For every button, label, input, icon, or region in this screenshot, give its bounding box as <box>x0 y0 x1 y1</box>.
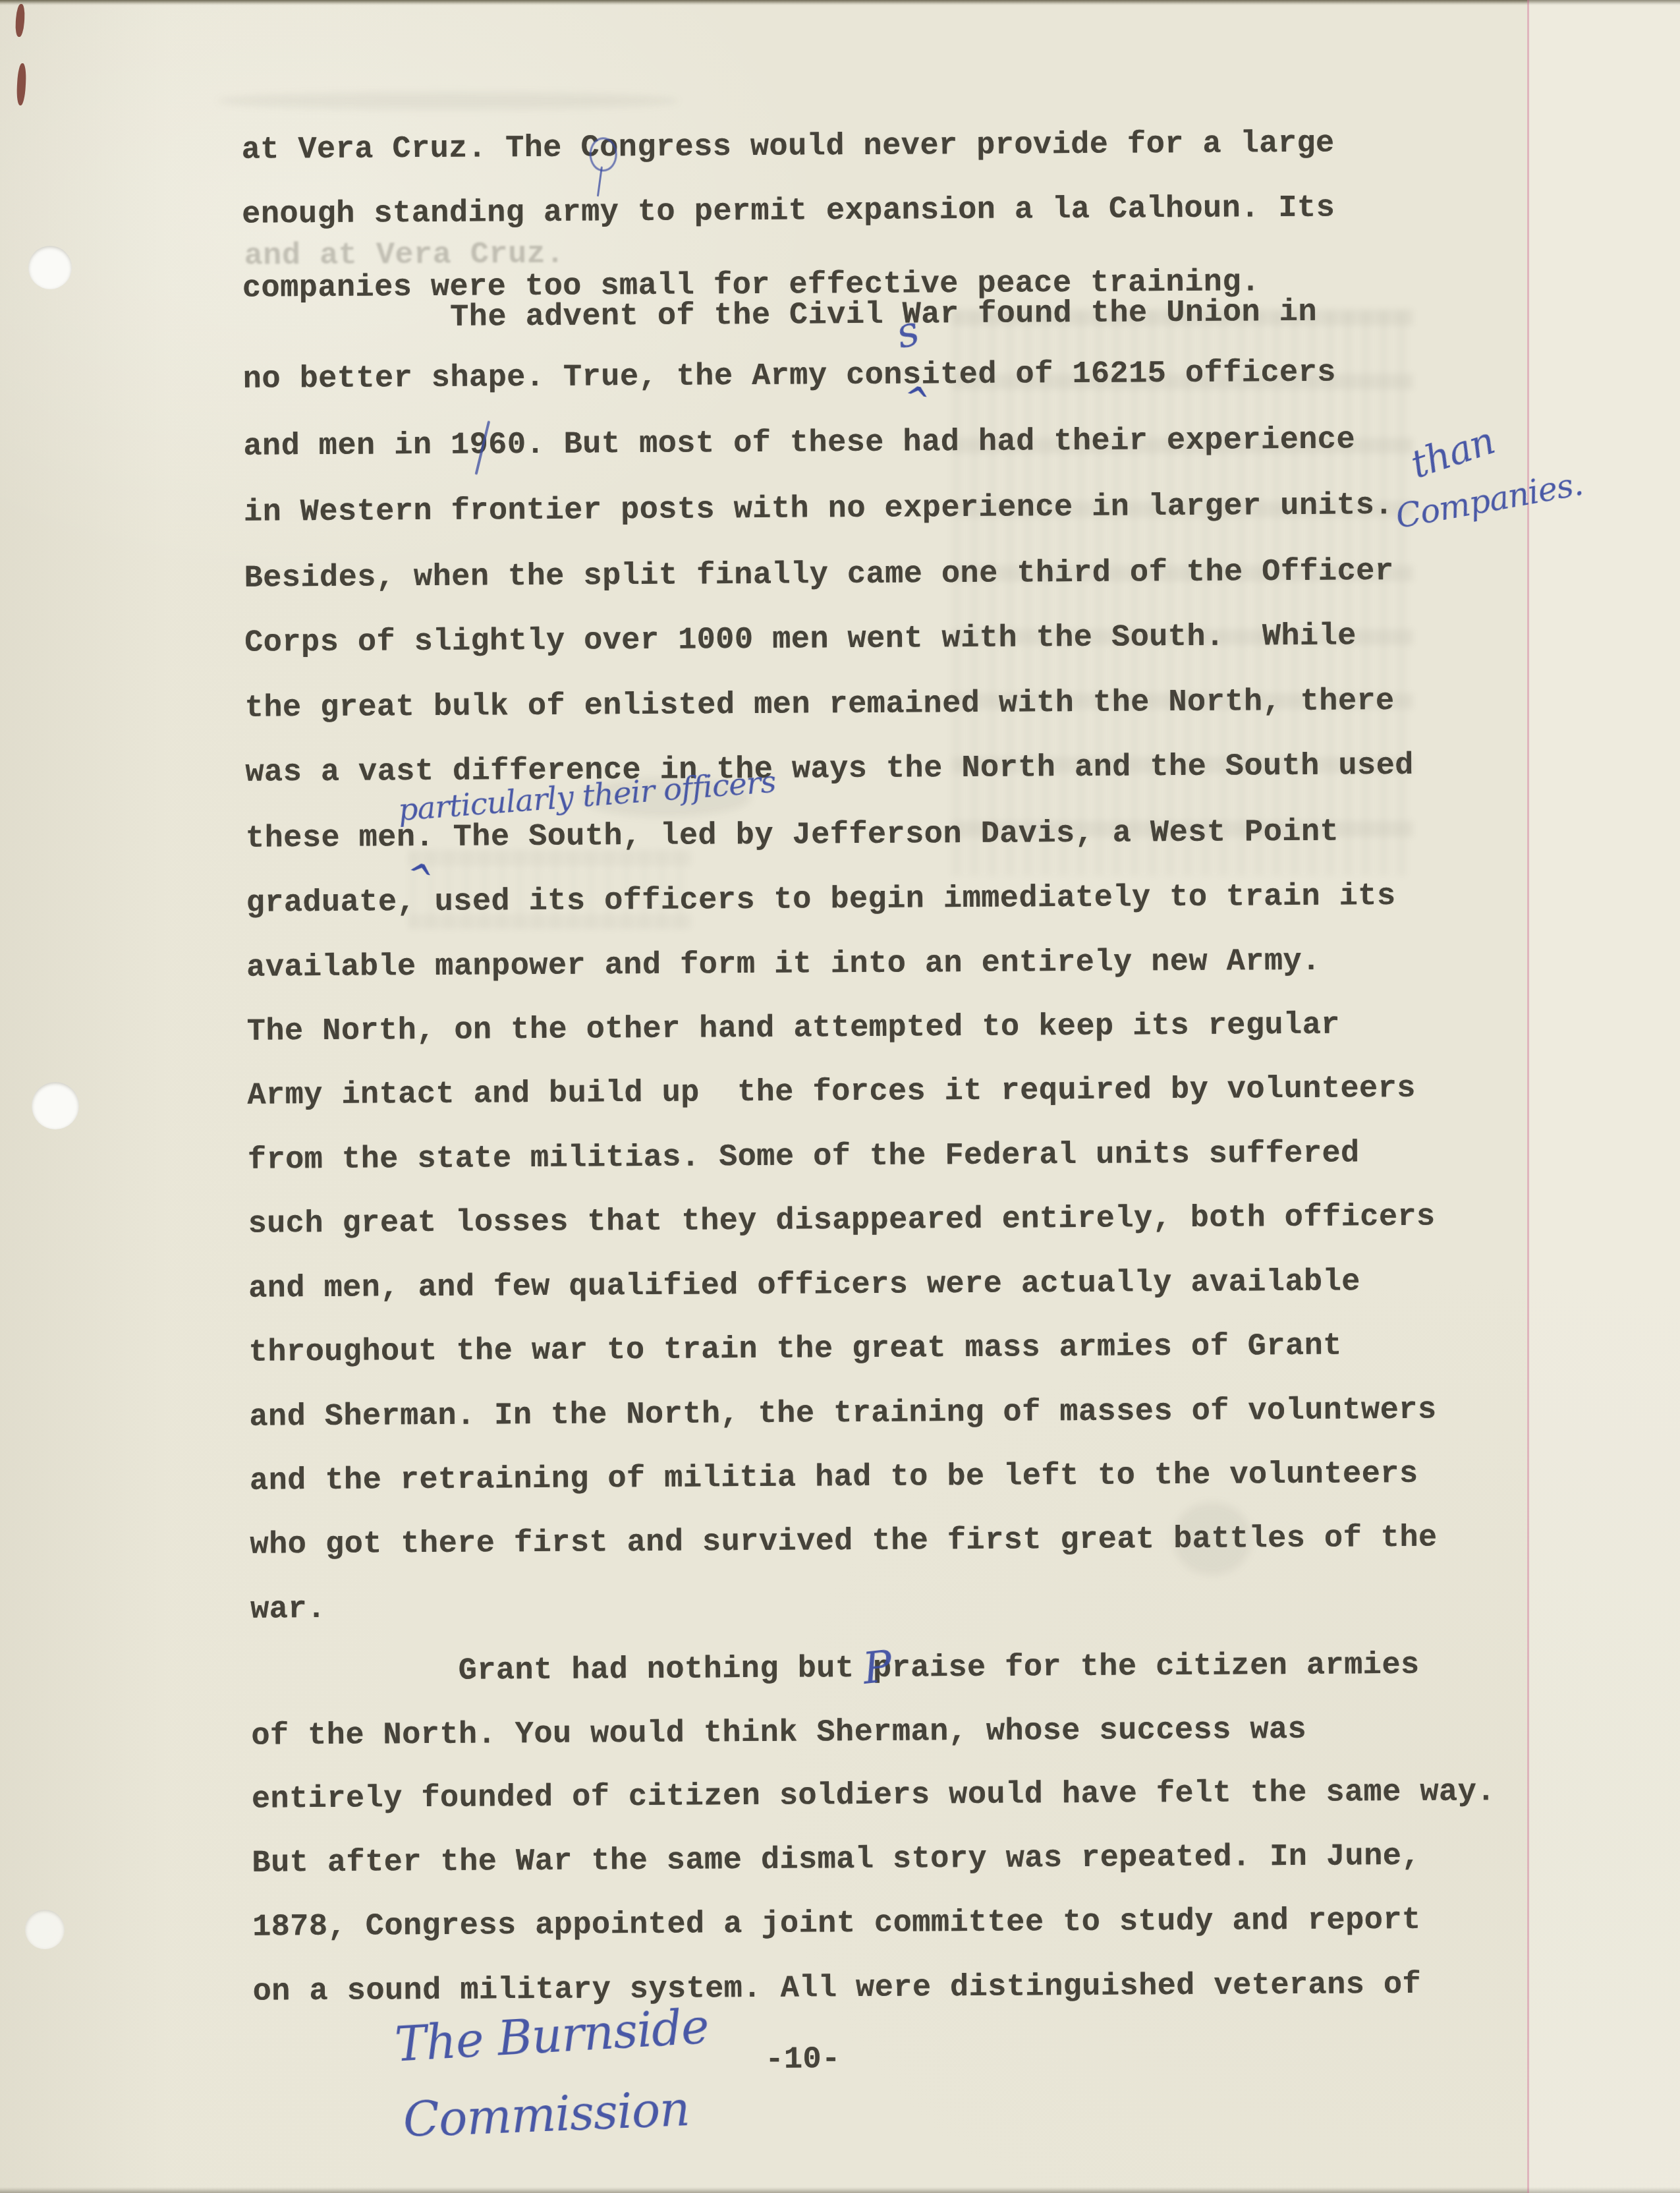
typed-line: from the state militias. Some of the Fed… <box>248 1138 1360 1176</box>
typed-line: such great losses that they disappeared … <box>248 1202 1435 1240</box>
typed-line: the great bulk of enlisted men remained … <box>245 686 1395 724</box>
paper-background: at Vera Cruz. The Congress would never p… <box>0 0 1680 2193</box>
typed-line: was a vast difference in the ways the No… <box>245 751 1414 789</box>
typed-line: of the North. You would think Sherman, w… <box>251 1715 1306 1752</box>
typed-line: on a sound military system. All were dis… <box>253 1970 1422 2008</box>
typed-line: and Sherman. In the North, the training … <box>249 1395 1436 1433</box>
typed-line: 1878, Congress appointed a joint committ… <box>252 1905 1421 1943</box>
typed-line: at Vera Cruz. The Congress would never p… <box>241 128 1334 166</box>
typed-line: and the retraining of militia had to be … <box>250 1459 1418 1497</box>
annotation-layer: s^thanCompanies.particularly their offic… <box>0 0 1673 1</box>
scanned-document-page: { "document": { "kind": "typewritten man… <box>0 0 1680 2193</box>
blue-tail-below-circled-o <box>597 166 603 196</box>
typed-line: Army intact and build up the forces it r… <box>247 1073 1416 1112</box>
blue-circle-on-o-of-congress <box>590 137 617 171</box>
typed-line: But after the War the same dismal story … <box>252 1841 1420 1879</box>
typed-line: Corps of slightly over 1000 men went wit… <box>244 621 1357 658</box>
typed-line: who got there first and survived the fir… <box>250 1523 1437 1561</box>
typed-line: in Western frontier posts with no experi… <box>244 490 1393 528</box>
typed-line: available manpower and form it into an e… <box>246 946 1321 984</box>
page-number: -10- <box>765 2044 841 2076</box>
handwritten-the-burnside: The Burnside <box>393 1999 710 2072</box>
scan-content: at Vera Cruz. The Congress would never p… <box>0 0 1680 2193</box>
handwritten-commission: Commission <box>402 2081 690 2148</box>
typed-line: The advent of the Civil War found the Un… <box>450 297 1317 333</box>
erased-typed-line: and at Vera Cruz. <box>244 239 565 272</box>
handwritten-than: than <box>1405 418 1499 487</box>
blue-P-over-praise: P <box>860 1641 895 1694</box>
typed-line: war. <box>250 1594 326 1626</box>
typed-line: no better shape. True, the Army consited… <box>243 358 1336 395</box>
typed-line: Besides, when the split finally came one… <box>244 556 1393 594</box>
typed-line: enough standing army to permit expansion… <box>242 193 1335 231</box>
typed-line: and men in 1960. But most of these had h… <box>243 424 1355 462</box>
typed-line: entirely founded of citizen soldiers wou… <box>252 1777 1496 1815</box>
typed-line: Grant had nothing but praise for the cit… <box>459 1650 1420 1687</box>
typed-line: and men, and few qualified officers were… <box>248 1267 1360 1304</box>
typed-text-layer: at Vera Cruz. The Congress would never p… <box>0 0 1673 1</box>
typed-line: throughout the war to train the great ma… <box>249 1331 1342 1369</box>
typed-line: The North, on the other hand attempted t… <box>247 1010 1340 1048</box>
